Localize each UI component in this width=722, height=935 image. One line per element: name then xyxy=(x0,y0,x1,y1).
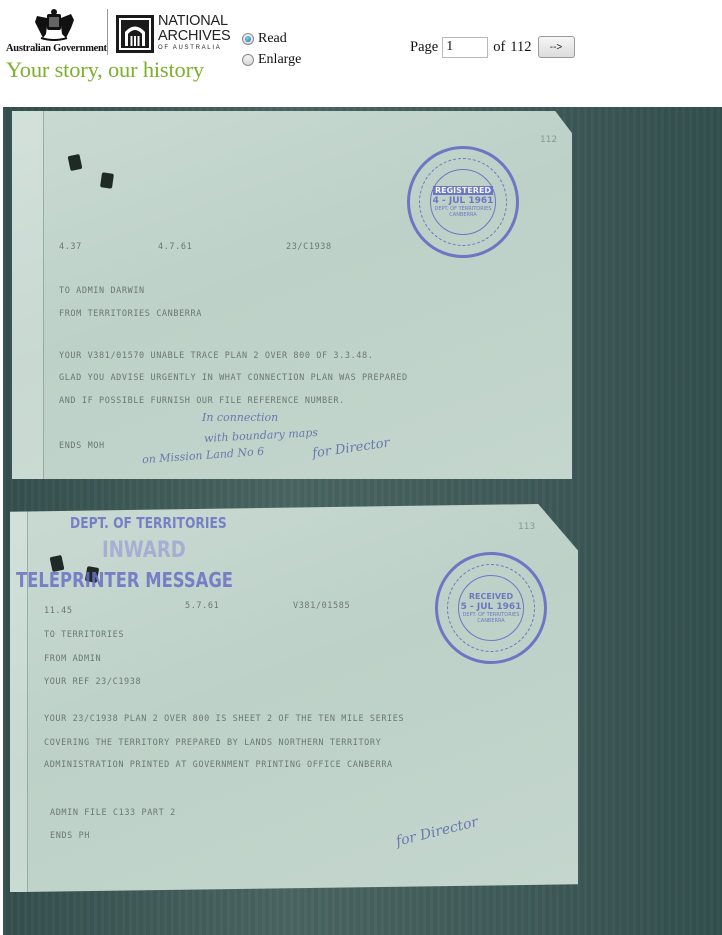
telegram-time: 11.45 xyxy=(44,606,73,616)
inward-stamp-line: TELEPRINTER MESSAGE xyxy=(16,568,233,592)
stamp-title: REGISTERED xyxy=(433,186,493,195)
telegram-time: 4.37 xyxy=(59,242,82,252)
handwritten-note: with boundary maps xyxy=(204,426,319,445)
sheet-fold xyxy=(10,504,28,892)
registered-stamp: REGISTERED 4 - JUL 1961 DEPT. OF TERRITO… xyxy=(407,146,519,258)
telegram-date: 4.7.61 xyxy=(158,242,192,252)
telegram-body-line: YOUR 23/C1938 PLAN 2 OVER 800 IS SHEET 2… xyxy=(44,714,404,724)
folio-number: 112 xyxy=(540,135,557,145)
tagline: Your story, our history xyxy=(6,57,204,83)
handwritten-signature: for Director xyxy=(394,814,479,850)
stamp-title: RECEIVED xyxy=(467,592,515,601)
archives-building-icon xyxy=(116,15,154,53)
folio-number: 113 xyxy=(518,522,535,532)
telegram-ends: ENDS PH xyxy=(50,831,90,841)
telegram-body-line: GLAD YOU ADVISE URGENTLY IN WHAT CONNECT… xyxy=(59,373,408,383)
telegram-from: FROM TERRITORIES CANBERRA xyxy=(59,309,202,319)
telegram-sheet-incoming: 113 DEPT. OF TERRITORIES INWARD TELEPRIN… xyxy=(10,504,578,892)
view-mode-enlarge[interactable]: Enlarge xyxy=(242,49,301,70)
archives-name-line3: OF AUSTRALIA xyxy=(158,45,231,51)
telegram-from: FROM ADMIN xyxy=(44,654,101,664)
telegram-body-line: YOUR V381/01570 UNABLE TRACE PLAN 2 OVER… xyxy=(59,351,373,361)
stamp-sub: CANBERRA xyxy=(449,212,476,218)
telegram-date: 5.7.61 xyxy=(185,601,219,611)
punch-hole xyxy=(100,172,114,189)
archives-name-line1: NATIONAL xyxy=(158,14,231,29)
telegram-file-line: ADMIN FILE C133 PART 2 xyxy=(50,808,176,818)
inward-stamp-line: INWARD xyxy=(102,538,186,563)
go-to-page-button[interactable]: --> xyxy=(538,36,575,58)
enlarge-radio[interactable] xyxy=(242,54,254,66)
telegram-body-line: ADMINISTRATION PRINTED AT GOVERNMENT PRI… xyxy=(44,760,393,770)
inward-stamp-line: DEPT. OF TERRITORIES xyxy=(70,514,227,532)
page-number-input[interactable] xyxy=(442,37,488,58)
telegram-reference: 23/C1938 xyxy=(286,242,332,252)
handwritten-note: on Mission Land No 6 xyxy=(142,445,265,466)
telegram-ends: ENDS MOH xyxy=(59,441,105,451)
sheet-fold xyxy=(12,111,44,479)
stamp-date: 4 - JUL 1961 xyxy=(433,196,494,206)
read-label[interactable]: Read xyxy=(258,31,287,47)
telegram-ref: YOUR REF 23/C1938 xyxy=(44,677,141,687)
archives-name-line2: ARCHIVES xyxy=(158,29,231,44)
handwritten-note: In connection xyxy=(202,411,278,424)
view-mode-group: Read Enlarge xyxy=(242,28,301,70)
handwritten-signature: for Director xyxy=(311,436,390,462)
telegram-reference: V381/01585 xyxy=(293,601,350,611)
total-pages: 112 xyxy=(510,39,531,56)
logo-divider xyxy=(107,9,108,55)
document-scan-image[interactable]: 112 REGISTERED 4 - JUL 1961 DEPT. OF TER… xyxy=(3,107,722,935)
telegram-to: TO ADMIN DARWIN xyxy=(59,286,145,296)
australian-government-logo[interactable]: Australian Government xyxy=(6,8,102,56)
coat-of-arms-icon xyxy=(31,8,77,42)
view-mode-read[interactable]: Read xyxy=(242,28,301,49)
telegram-to: TO TERRITORIES xyxy=(44,630,124,640)
telegram-sheet-outgoing: 112 REGISTERED 4 - JUL 1961 DEPT. OF TER… xyxy=(12,111,572,479)
stamp-date: 5 - JUL 1961 xyxy=(461,602,522,612)
page-navigator: Page of 112 --> xyxy=(410,36,575,58)
read-radio[interactable] xyxy=(242,33,254,45)
enlarge-label[interactable]: Enlarge xyxy=(258,52,301,68)
punch-hole xyxy=(68,154,83,171)
telegram-body-line: AND IF POSSIBLE FURNISH OUR FILE REFEREN… xyxy=(59,396,345,406)
page-label: Page xyxy=(410,39,438,56)
government-label: Australian Government xyxy=(6,43,102,54)
national-archives-logo[interactable]: NATIONAL ARCHIVES OF AUSTRALIA xyxy=(116,14,236,56)
received-stamp: RECEIVED 5 - JUL 1961 DEPT. OF TERRITORI… xyxy=(435,552,547,664)
stamp-sub: CANBERRA xyxy=(477,618,504,624)
telegram-body-line: COVERING THE TERRITORY PREPARED BY LANDS… xyxy=(44,738,381,748)
of-label: of xyxy=(493,39,505,56)
site-header: Australian Government NATIONAL ARCHIVES … xyxy=(0,0,722,100)
